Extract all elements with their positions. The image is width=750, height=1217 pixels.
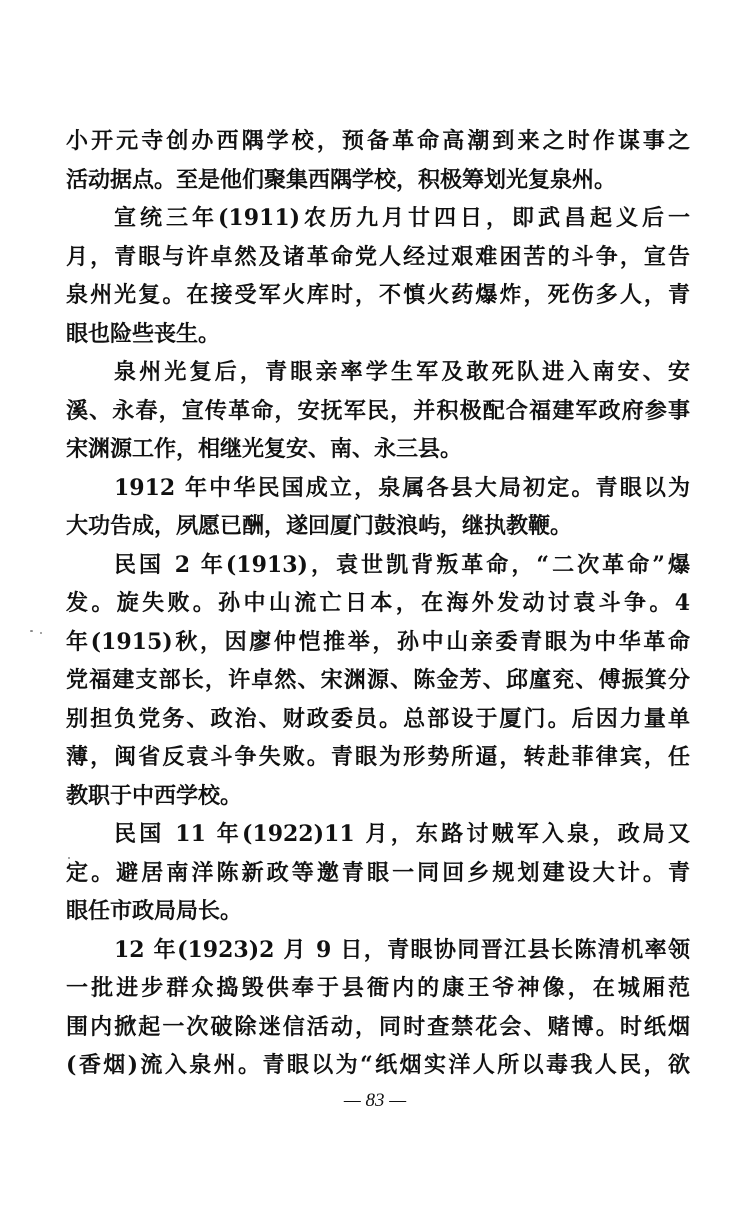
text-line: 泉州光复。在接受军火库时，不慎火药爆炸，死伤多人，青	[66, 276, 690, 315]
text-line: 宣统三年(1911)农历九月廿四日，即武昌起义后一	[66, 199, 690, 238]
text-line: 泉州光复后，青眼亲率学生军及敢死队进入南安、安	[66, 353, 690, 392]
text-line: (香烟)流入泉州。青眼以为“纸烟实洋人所以毒我人民，欲	[66, 1046, 690, 1085]
text-line: 眼任市政局局长。	[66, 892, 690, 931]
text-line: 定。避居南洋陈新政等邀青眼一同回乡规划建设大计。青	[66, 854, 690, 893]
text-line: 民国 2 年(1913)，袁世凯背叛革命，“二次革命”爆	[66, 546, 690, 585]
text-line: 一批进步群众捣毁供奉于县衙内的康王爷神像，在城厢范	[66, 969, 690, 1008]
text-line: 眼也险些丧生。	[66, 315, 690, 354]
text-line: 溪、永春，宣传革命，安抚军民，并积极配合福建军政府参事	[66, 392, 690, 431]
scan-speck	[40, 632, 42, 634]
text-line: 月，青眼与许卓然及诸革命党人经过艰难困苦的斗争，宣告	[66, 238, 690, 277]
text-line: 12 年(1923)2 月 9 日，青眼协同晋江县长陈清机率领	[66, 931, 690, 970]
text-line: 大功告成，夙愿已酬，遂回厦门鼓浪屿，继执教鞭。	[66, 507, 690, 546]
body-text: 小开元寺创办西隅学校，预备革命高潮到来之时作谋事之 活动据点。至是他们聚集西隅学…	[66, 122, 690, 1085]
scan-speck	[30, 630, 33, 632]
text-line: 别担负党务、政治、财政委员。总部设于厦门。后因力量单	[66, 700, 690, 739]
text-line: 薄，闽省反袁斗争失败。青眼为形势所逼，转赴菲律宾，任	[66, 738, 690, 777]
text-line: 年(1915)秋，因廖仲恺推举，孙中山亲委青眼为中华革命	[66, 623, 690, 662]
text-line: 围内掀起一次破除迷信活动，同时查禁花会、赌博。时纸烟	[66, 1008, 690, 1047]
text-line: 小开元寺创办西隅学校，预备革命高潮到来之时作谋事之	[66, 122, 690, 161]
text-line: 宋渊源工作，相继光复安、南、永三县。	[66, 430, 690, 469]
text-line: 民国 11 年(1922)11 月，东路讨贼军入泉，政局又	[66, 815, 690, 854]
text-line: 活动据点。至是他们聚集西隅学校，积极筹划光复泉州。	[66, 161, 690, 200]
text-line: 党福建支部长，许卓然、宋渊源、陈金芳、邱廑兖、傅振箕分	[66, 661, 690, 700]
scan-speck	[68, 857, 70, 859]
text-line: 1912 年中华民国成立，泉属各县大局初定。青眼以为	[66, 469, 690, 508]
scanned-book-page: 小开元寺创办西隅学校，预备革命高潮到来之时作谋事之 活动据点。至是他们聚集西隅学…	[0, 0, 750, 1217]
page-number: — 83 —	[0, 1090, 750, 1112]
text-line: 发。旋失败。孙中山流亡日本，在海外发动讨袁斗争。4	[66, 584, 690, 623]
text-line: 教职于中西学校。	[66, 777, 690, 816]
